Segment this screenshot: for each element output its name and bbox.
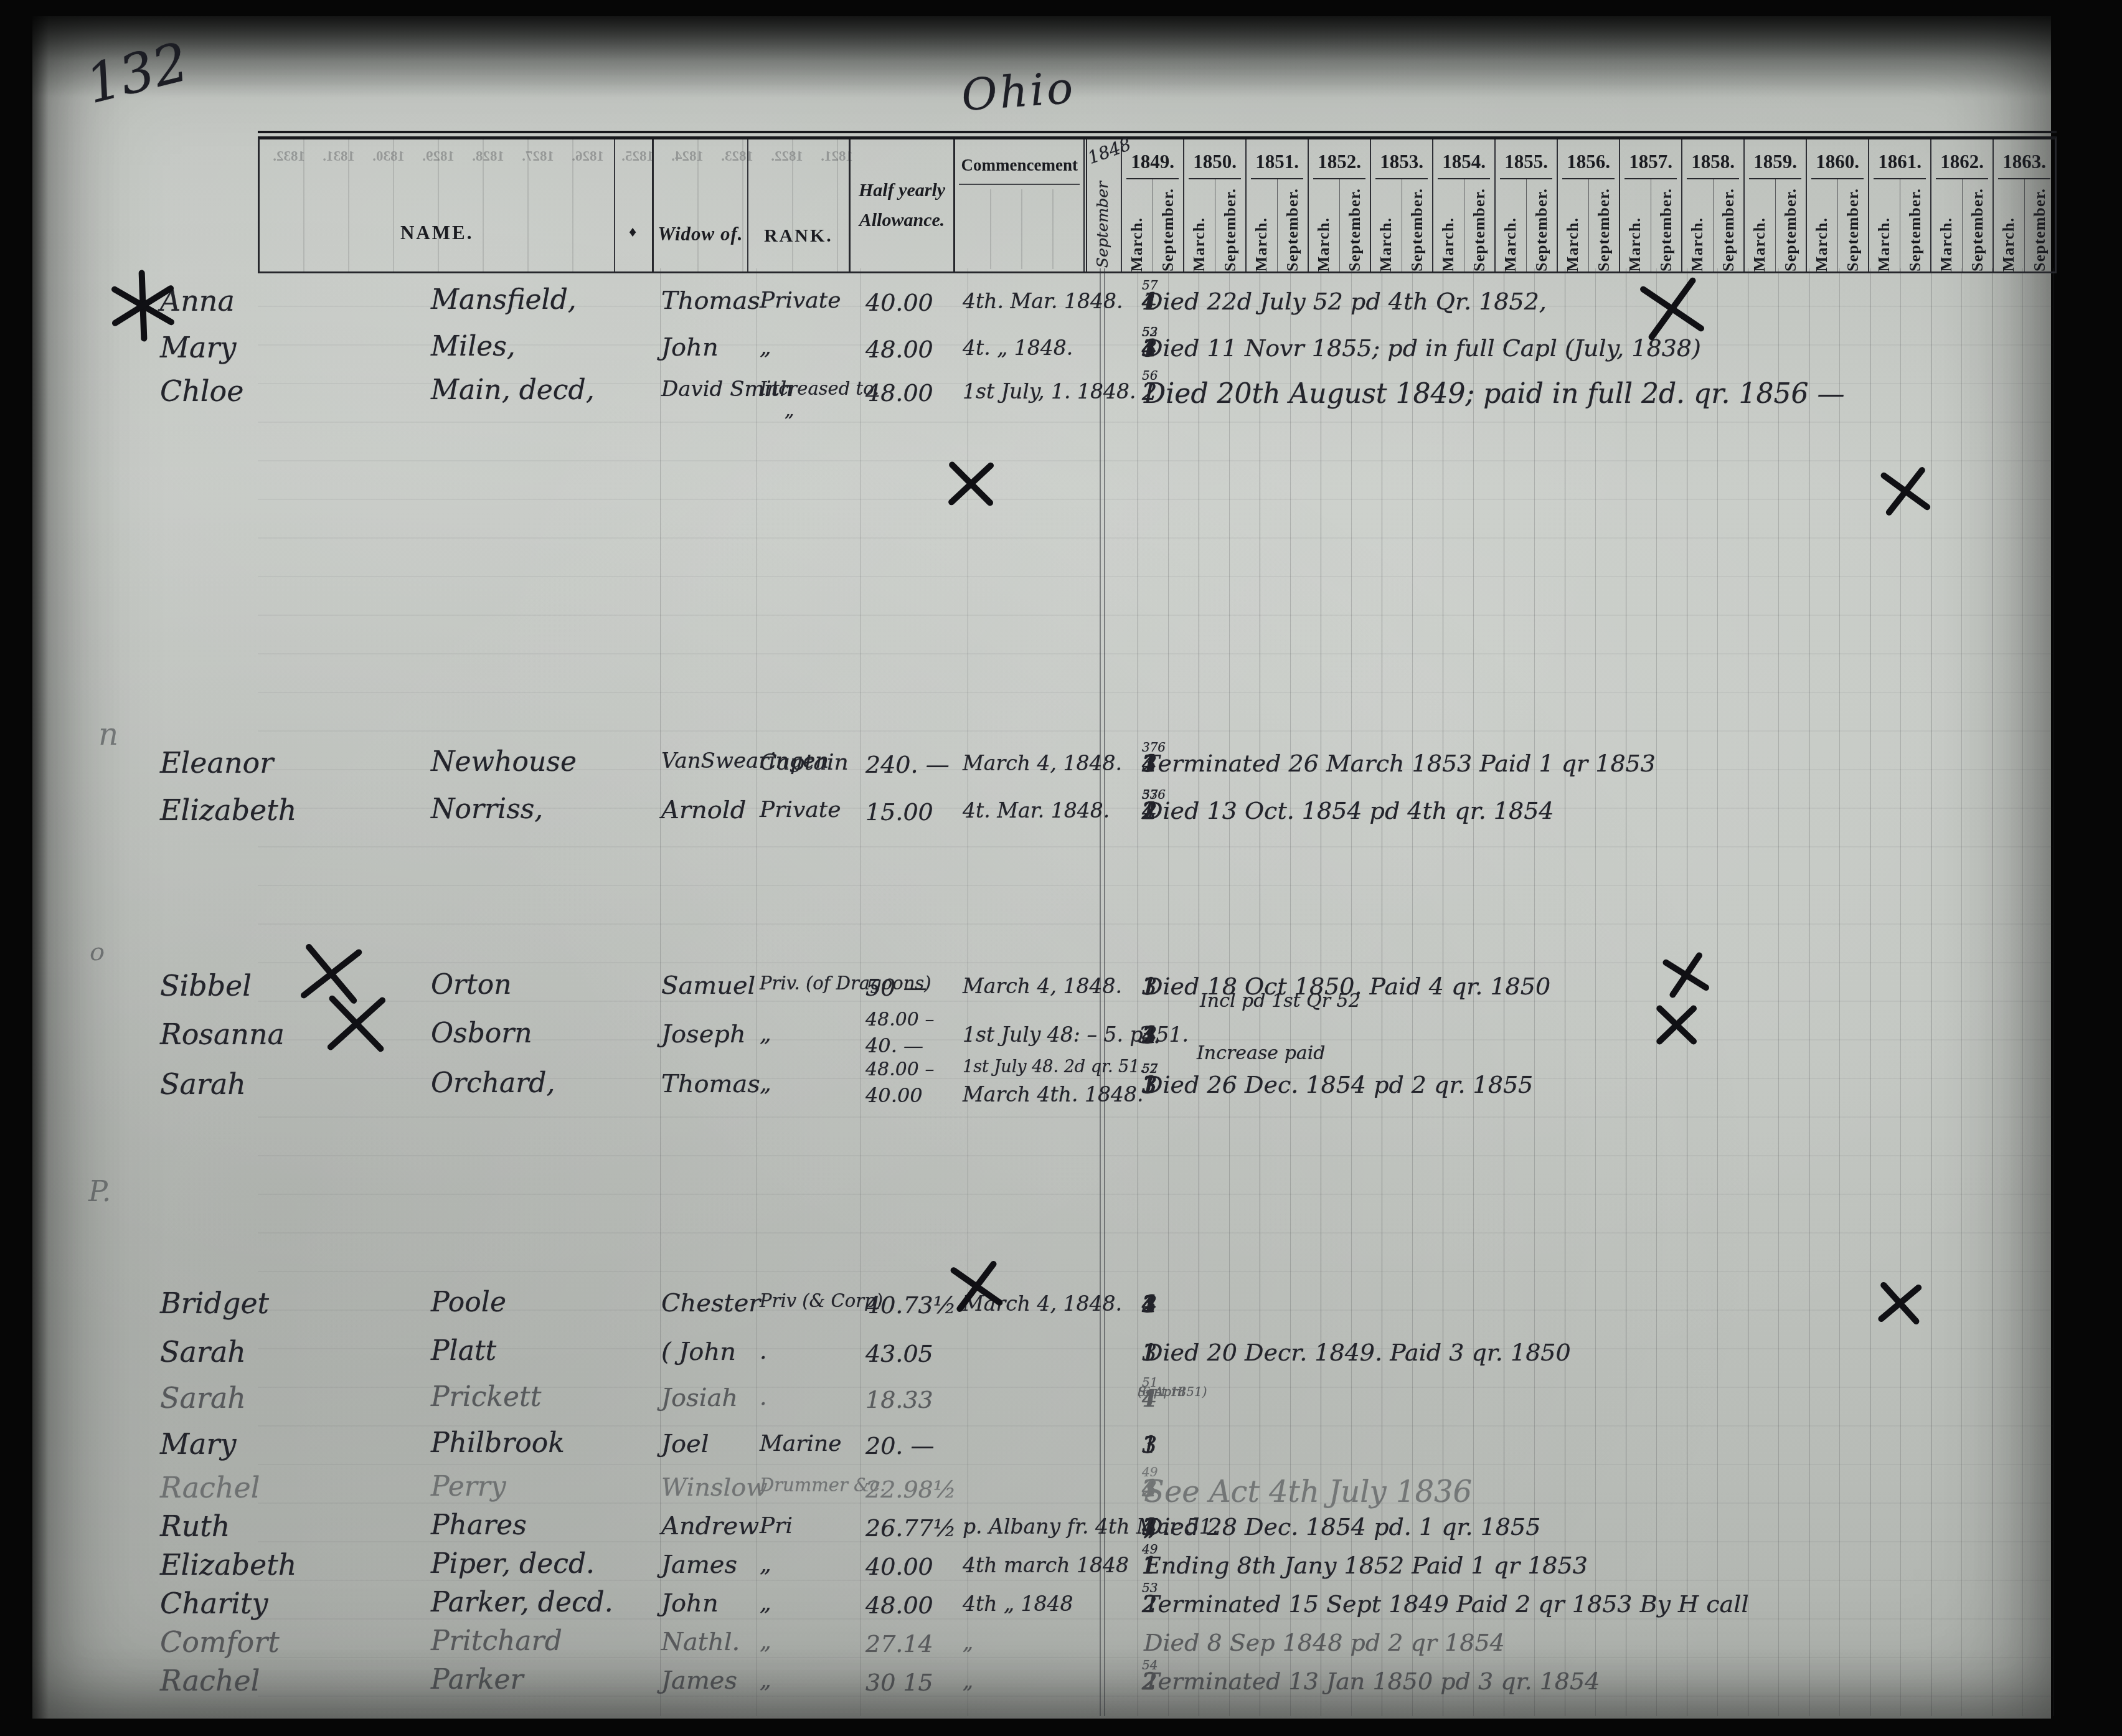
grid-line	[1839, 268, 1840, 1716]
x-mark-icon	[1655, 941, 1715, 1002]
march-subcolumn: March.	[1620, 179, 1651, 271]
page-title-ohio: Ohio	[960, 62, 1077, 121]
rank: „	[760, 1552, 771, 1577]
september-subcolumn: September.	[1402, 179, 1433, 271]
surname: Orton	[431, 969, 512, 1001]
widow-name: Rosanna	[160, 1017, 285, 1051]
rank: .	[760, 1339, 766, 1364]
allowance: 48.00	[865, 1592, 933, 1619]
header-1848-column: 1848 September	[1087, 139, 1122, 271]
commencement-date: 4th march 1848	[963, 1553, 1129, 1577]
rank: Captain	[760, 750, 849, 775]
september-label: September.	[1221, 186, 1240, 271]
surname: Phares	[431, 1509, 527, 1541]
husband-name: Joel	[661, 1430, 709, 1458]
commencement-date: „	[963, 1630, 973, 1654]
commencement-label: Commencement	[959, 156, 1080, 185]
scanned-ledger-page: 132 Ohio NAME. ♦ Widow of. RANK. Half ye…	[32, 16, 2051, 1719]
september-subcolumn: September.	[1713, 179, 1744, 271]
grid-line	[1992, 268, 1992, 1716]
september-subcolumn: September.	[1464, 179, 1495, 271]
rank: „	[760, 1590, 771, 1616]
september-subcolumn: September.	[1588, 179, 1620, 271]
grid-line	[2022, 268, 2023, 1716]
margin-note: See Act 4th July 1836	[1144, 1474, 1472, 1509]
allowance: 48.00 –	[865, 1009, 934, 1031]
march-label: March.	[1252, 215, 1271, 271]
march-subcolumn: March.	[1496, 179, 1526, 271]
allowance: 50 —	[865, 974, 927, 1001]
september-label: September.	[1283, 186, 1302, 271]
year-label: 1852.	[1313, 139, 1365, 179]
march-label: March.	[1314, 215, 1333, 271]
year-label: 1862.	[1936, 139, 1988, 179]
march-label: March.	[1999, 215, 2018, 271]
allowance: 26.77½	[865, 1514, 956, 1542]
march-subcolumn: March.	[1931, 179, 1962, 271]
allowance: 30 15	[865, 1669, 933, 1696]
september-subcolumn: September.	[1526, 179, 1557, 271]
september-subcolumn: September.	[1651, 179, 1682, 271]
widow-name: Eleanor	[160, 746, 273, 780]
september-label: September.	[1657, 186, 1676, 271]
grid-line	[1656, 268, 1657, 1716]
year-label: 1857.	[1625, 139, 1677, 179]
margin-note: Terminated 15 Sept 1849 Paid 2 qr 1853 B…	[1144, 1590, 1749, 1618]
widow-name: Ruth	[160, 1509, 230, 1543]
margin-note: Died 20 Decr. 1849. Paid 3 qr. 1850	[1144, 1339, 1571, 1366]
margin-note: Died 26 Dec. 1854 pd 2 qr. 1855	[1144, 1071, 1533, 1098]
husband-name: Nathl.	[661, 1628, 740, 1656]
surname: Parker	[431, 1664, 524, 1696]
husband-name: John	[661, 333, 719, 362]
grid-line	[1717, 268, 1718, 1716]
surname: Philbrook	[431, 1427, 565, 1459]
september-subcolumn: September.	[1277, 179, 1308, 271]
widow-name: Sibbel	[160, 969, 252, 1002]
september-label: September.	[1159, 186, 1177, 271]
interline-annotation: Incl pd 1st Qr 52	[1200, 990, 1360, 1012]
margin-note: Died 13 Oct. 1854 pd 4th qr. 1854	[1144, 797, 1554, 824]
surname: Miles,	[431, 331, 516, 362]
grid-line	[1595, 268, 1596, 1716]
allowance: 27.14	[865, 1630, 933, 1658]
rank: „	[760, 1668, 771, 1693]
september-label: September.	[1844, 186, 1862, 271]
diamond-icon: ♦	[615, 224, 652, 241]
march-label: March.	[1128, 215, 1146, 271]
surname: Orchard,	[431, 1067, 555, 1099]
payment-tick: 3	[1138, 1290, 1161, 1318]
commencement-date: 1st July, 1. 1848.	[963, 379, 1136, 403]
march-subcolumn: March.	[1371, 179, 1402, 271]
widow-name: Elizabeth	[160, 793, 296, 827]
grid-line	[2053, 268, 2054, 1716]
pencil-section-letter: n	[98, 716, 118, 752]
husband-name: Thomas	[661, 286, 760, 315]
allowance-label-line2: Allowance.	[859, 205, 945, 235]
year-column-1857: 1857.March.September.	[1620, 139, 1682, 271]
header-commencement-column: Commencement	[955, 139, 1087, 271]
march-subcolumn: March.	[1558, 179, 1588, 271]
september-label: September.	[1346, 186, 1364, 271]
year-column-1863: 1863.March.September.	[1994, 139, 2055, 271]
september-label: September.	[1532, 186, 1551, 271]
march-subcolumn: March.	[1122, 179, 1153, 271]
allowance: 40.73½	[865, 1291, 956, 1319]
husband-name: John	[661, 1589, 719, 1618]
march-label: March.	[1750, 215, 1769, 271]
surname: Osborn	[431, 1017, 532, 1049]
margin-note: Died 8 Sep 1848 pd 2 qr 1854	[1144, 1629, 1505, 1656]
surname: Perry	[431, 1471, 506, 1502]
header-year-columns: 1849.March.September.1850.March.Septembe…	[1122, 139, 2055, 271]
widow-name: Comfort	[160, 1625, 280, 1659]
grid-line	[1626, 268, 1626, 1716]
husband-name: James	[661, 1550, 737, 1579]
payment-tick: 3.	[1138, 1021, 1161, 1049]
september-label: September.	[1719, 186, 1738, 271]
husband-name: Winslow	[661, 1473, 768, 1502]
year-label: 1851.	[1251, 139, 1303, 179]
year-column-1858: 1858.March.September.	[1682, 139, 1745, 271]
rank: Increased to.	[760, 378, 879, 399]
husband-name: Chester	[661, 1289, 760, 1318]
march-label: March.	[1563, 215, 1582, 271]
star-mark-icon	[107, 267, 179, 338]
surname: Pritchard	[431, 1625, 562, 1657]
surname: Piper, decd.	[431, 1548, 595, 1580]
allowance: 40.00	[865, 1553, 933, 1580]
march-label: March.	[1626, 215, 1644, 271]
rank: „	[760, 334, 771, 360]
surname: Main, decd,	[431, 374, 595, 406]
rank: Marine	[760, 1431, 842, 1456]
september-subcolumn: September.	[1837, 179, 1869, 271]
allowance: 15.00	[865, 798, 933, 826]
march-subcolumn: March.	[1682, 179, 1713, 271]
september-subcolumn: September.	[1775, 179, 1806, 271]
march-label: March.	[1501, 215, 1520, 271]
september-subcolumn: September.	[2024, 179, 2055, 271]
march-label: March.	[1937, 215, 1956, 271]
march-label: March.	[1377, 215, 1395, 271]
march-subcolumn: March.	[1433, 179, 1464, 271]
march-subcolumn: March.	[1247, 179, 1277, 271]
widow-name: Rachel	[160, 1664, 260, 1697]
table-header: NAME. ♦ Widow of. RANK. Half yearly Allo…	[258, 136, 2057, 273]
surname: Prickett	[431, 1381, 541, 1413]
widow-name: Rachel	[160, 1471, 260, 1504]
header-rank-column: RANK.	[748, 139, 851, 271]
september-label: September.	[1470, 186, 1489, 271]
march-subcolumn: March.	[1994, 179, 2024, 271]
allowance-revised: 40. —	[865, 1034, 923, 1057]
surname: Platt	[431, 1335, 496, 1367]
husband-name: Arnold	[661, 796, 746, 824]
widow-name: Chloe	[160, 374, 243, 408]
commencement-date: 4th „ 1848	[963, 1592, 1073, 1616]
year-label: 1854.	[1438, 139, 1490, 179]
year-label: 1863.	[1998, 139, 2050, 179]
margin-note: Died 28 Dec. 1854 pd. 1 qr. 1855	[1144, 1513, 1540, 1540]
grid-line	[1748, 268, 1748, 1716]
header-widow-of-column: Widow of.	[654, 139, 748, 271]
allowance: 22.98½	[865, 1476, 956, 1503]
march-subcolumn: March.	[1745, 179, 1775, 271]
husband-name: Andrew	[661, 1512, 759, 1540]
september-label: September.	[1906, 186, 1925, 271]
march-label: March.	[1688, 215, 1707, 271]
allowance: 48.00 –	[865, 1059, 934, 1080]
widow-name: Mary	[160, 1427, 237, 1461]
year-column-1849: 1849.March.September.	[1122, 139, 1184, 271]
commencement-date: 4t. „ 1848.	[963, 336, 1073, 360]
september-label: September.	[1408, 186, 1426, 271]
year-column-1854: 1854.March.September.	[1433, 139, 1496, 271]
husband-name: Thomas	[661, 1070, 760, 1098]
september-subcolumn: September.	[1215, 179, 1246, 271]
margin-note: Died 11 Novr 1855; pd in full Capl (July…	[1144, 334, 1701, 362]
husband-name: Josiah	[661, 1384, 738, 1412]
year-label: 1861.	[1874, 139, 1926, 179]
march-subcolumn: March.	[1869, 179, 1900, 271]
widow-name: Charity	[160, 1587, 268, 1620]
widow-name: Bridget	[160, 1286, 269, 1320]
year-label: 1853.	[1375, 139, 1428, 179]
rank: Private	[760, 288, 841, 313]
header-name-column: NAME.	[260, 139, 615, 271]
year-label: 1855.	[1500, 139, 1552, 179]
rank: Private	[760, 797, 841, 823]
margin-note: Died 22d July 52 pd 4th Qr. 1852,	[1144, 288, 1547, 315]
margin-note: Died 20th August 1849; paid in full 2d. …	[1144, 378, 1844, 410]
widow-of-label: Widow of.	[654, 223, 747, 245]
year-label: 1860.	[1811, 139, 1864, 179]
rank: Pri	[760, 1513, 793, 1539]
margin-note: Terminated 26 March 1853 Paid 1 qr 1853	[1144, 750, 1656, 777]
husband-name: James	[661, 1666, 737, 1695]
commencement-date: 4th. Mar. 1848.	[963, 289, 1123, 313]
rank: „	[760, 1071, 771, 1097]
year-column-1861: 1861.March.September.	[1869, 139, 1931, 271]
payment-tick: 3	[1138, 1431, 1161, 1458]
rank-label: RANK.	[748, 225, 849, 247]
husband-name: ( John	[661, 1337, 736, 1366]
husband-name: Joseph	[661, 1020, 746, 1049]
x-mark-icon	[1630, 264, 1714, 347]
grid-line	[1870, 268, 1870, 1716]
march-subcolumn: March.	[1309, 179, 1339, 271]
year-column-1855: 1855.March.September.	[1496, 139, 1558, 271]
widow-name: Elizabeth	[160, 1548, 296, 1582]
commencement-date: March 4, 1848.	[963, 974, 1122, 998]
grid-line	[1565, 268, 1565, 1716]
march-label: March.	[1875, 215, 1893, 271]
payment-tick: 4	[1138, 1385, 1161, 1412]
rank-ditto: „	[785, 399, 795, 421]
grid-line	[660, 268, 661, 1716]
surname: Parker, decd.	[431, 1587, 613, 1618]
rank: „	[760, 1629, 771, 1654]
pencil-section-letter: P.	[88, 1174, 111, 1208]
husband-name: Samuel	[661, 971, 755, 1000]
year-column-1850: 1850.March.September.	[1184, 139, 1247, 271]
year-label: 1850.	[1189, 139, 1241, 179]
allowance: 20. —	[865, 1432, 935, 1460]
september-label: September.	[2030, 186, 2049, 271]
allowance: 43.05	[865, 1340, 933, 1367]
year-label: 1849.	[1126, 139, 1179, 179]
widow-name: Sarah	[160, 1381, 246, 1415]
widow-name: Sarah	[160, 1067, 246, 1101]
commencement-date: „	[963, 1669, 973, 1693]
allowance-label-line1: Half yearly	[859, 176, 945, 205]
x-mark-icon	[939, 448, 1004, 513]
x-mark-icon	[1648, 993, 1705, 1050]
year-label: 1858.	[1687, 139, 1739, 179]
surname: Mansfield,	[431, 284, 577, 316]
month-september-1848-label: September	[1093, 181, 1111, 268]
pencil-section-letter: o	[90, 938, 105, 966]
year-column-1862: 1862.March.September.	[1931, 139, 1994, 271]
surname: Norriss,	[431, 793, 543, 825]
year-label: 1856.	[1562, 139, 1615, 179]
x-mark-icon	[1874, 456, 1937, 520]
header-diamond-column: ♦	[615, 139, 654, 271]
rank: „	[760, 1021, 771, 1047]
grid-line	[1961, 268, 1962, 1716]
commencement-ghost-lines	[960, 189, 1078, 269]
march-label: March.	[1190, 215, 1209, 271]
grid-line	[1778, 268, 1779, 1716]
september-subcolumn: September.	[1962, 179, 1993, 271]
march-subcolumn: March.	[1807, 179, 1837, 271]
year-column-1859: 1859.March.September.	[1745, 139, 1807, 271]
commencement-date-2: March 4th. 1848.	[963, 1082, 1143, 1106]
allowance-revised: 40.00	[865, 1083, 923, 1107]
september-subcolumn: September.	[1153, 179, 1184, 271]
year-column-1852: 1852.March.September.	[1309, 139, 1371, 271]
year-column-1860: 1860.March.September.	[1807, 139, 1869, 271]
allowance: 18.33	[865, 1386, 933, 1413]
commencement-date: 4t. Mar. 1848.	[963, 798, 1110, 823]
margin-note: Ending 8th Jany 1852 Paid 1 qr 1853	[1144, 1552, 1588, 1579]
september-subcolumn: September.	[1900, 179, 1931, 271]
september-subcolumn: September.	[1339, 179, 1370, 271]
march-subcolumn: March.	[1184, 179, 1215, 271]
x-mark-icon	[943, 1250, 1010, 1317]
allowance: 48.00	[865, 336, 933, 363]
x-mark-icon	[1869, 1269, 1931, 1331]
march-label: March.	[1439, 215, 1458, 271]
allowance: 240. —	[865, 751, 950, 778]
september-label: September.	[1781, 186, 1800, 271]
year-column-1851: 1851.March.September.	[1247, 139, 1309, 271]
surname: Newhouse	[431, 746, 577, 778]
page-number: 132	[80, 31, 194, 116]
surname: Poole	[431, 1286, 506, 1318]
september-label: September.	[1595, 186, 1613, 271]
margin-note: Terminated 13 Jan 1850 pd 3 qr. 1854	[1144, 1668, 1600, 1695]
grid-line	[1809, 268, 1809, 1716]
commencement-date: 1st July 48. 2d qr. 51.	[963, 1057, 1145, 1077]
x-mark-icon	[315, 979, 398, 1062]
commencement-date: March 4, 1848.	[963, 751, 1122, 775]
header-allowance-column: Half yearly Allowance.	[851, 139, 956, 271]
year-label: 1859.	[1749, 139, 1801, 179]
allowance: 40.00	[865, 289, 933, 316]
allowance: 48.00	[865, 379, 933, 407]
interline-annotation: Increase paid	[1197, 1042, 1326, 1064]
year-column-1856: 1856.March.September.	[1558, 139, 1620, 271]
widow-name: Sarah	[160, 1335, 246, 1369]
year-column-1853: 1853.March.September.	[1371, 139, 1433, 271]
september-label: September.	[1968, 186, 1987, 271]
rank: Priv (& Corp)	[760, 1290, 883, 1311]
rank: .	[760, 1385, 766, 1410]
march-label: March.	[1813, 215, 1831, 271]
name-column-label: NAME.	[260, 222, 614, 244]
